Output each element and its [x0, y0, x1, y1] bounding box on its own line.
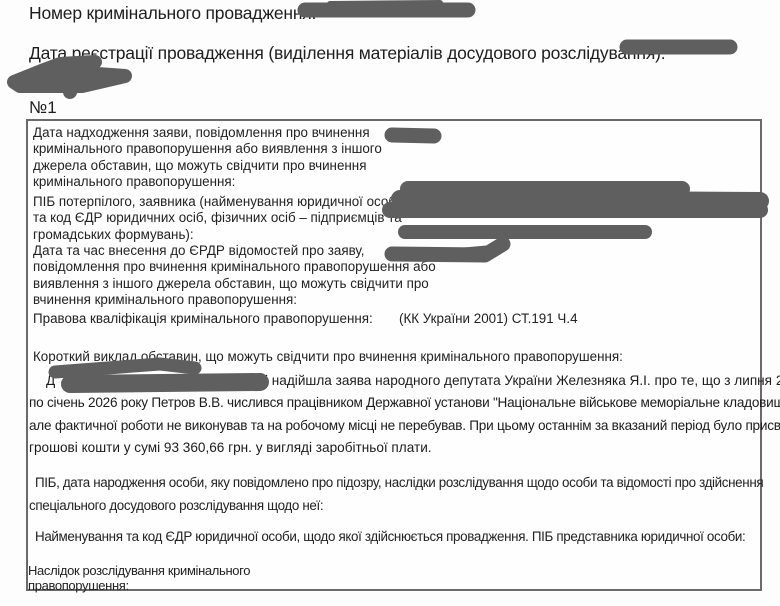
redaction-summary-date: [55, 364, 195, 372]
redaction-marks: [0, 0, 780, 606]
redaction-application-date: [392, 135, 434, 136]
redaction-erdr-date: [392, 244, 503, 255]
